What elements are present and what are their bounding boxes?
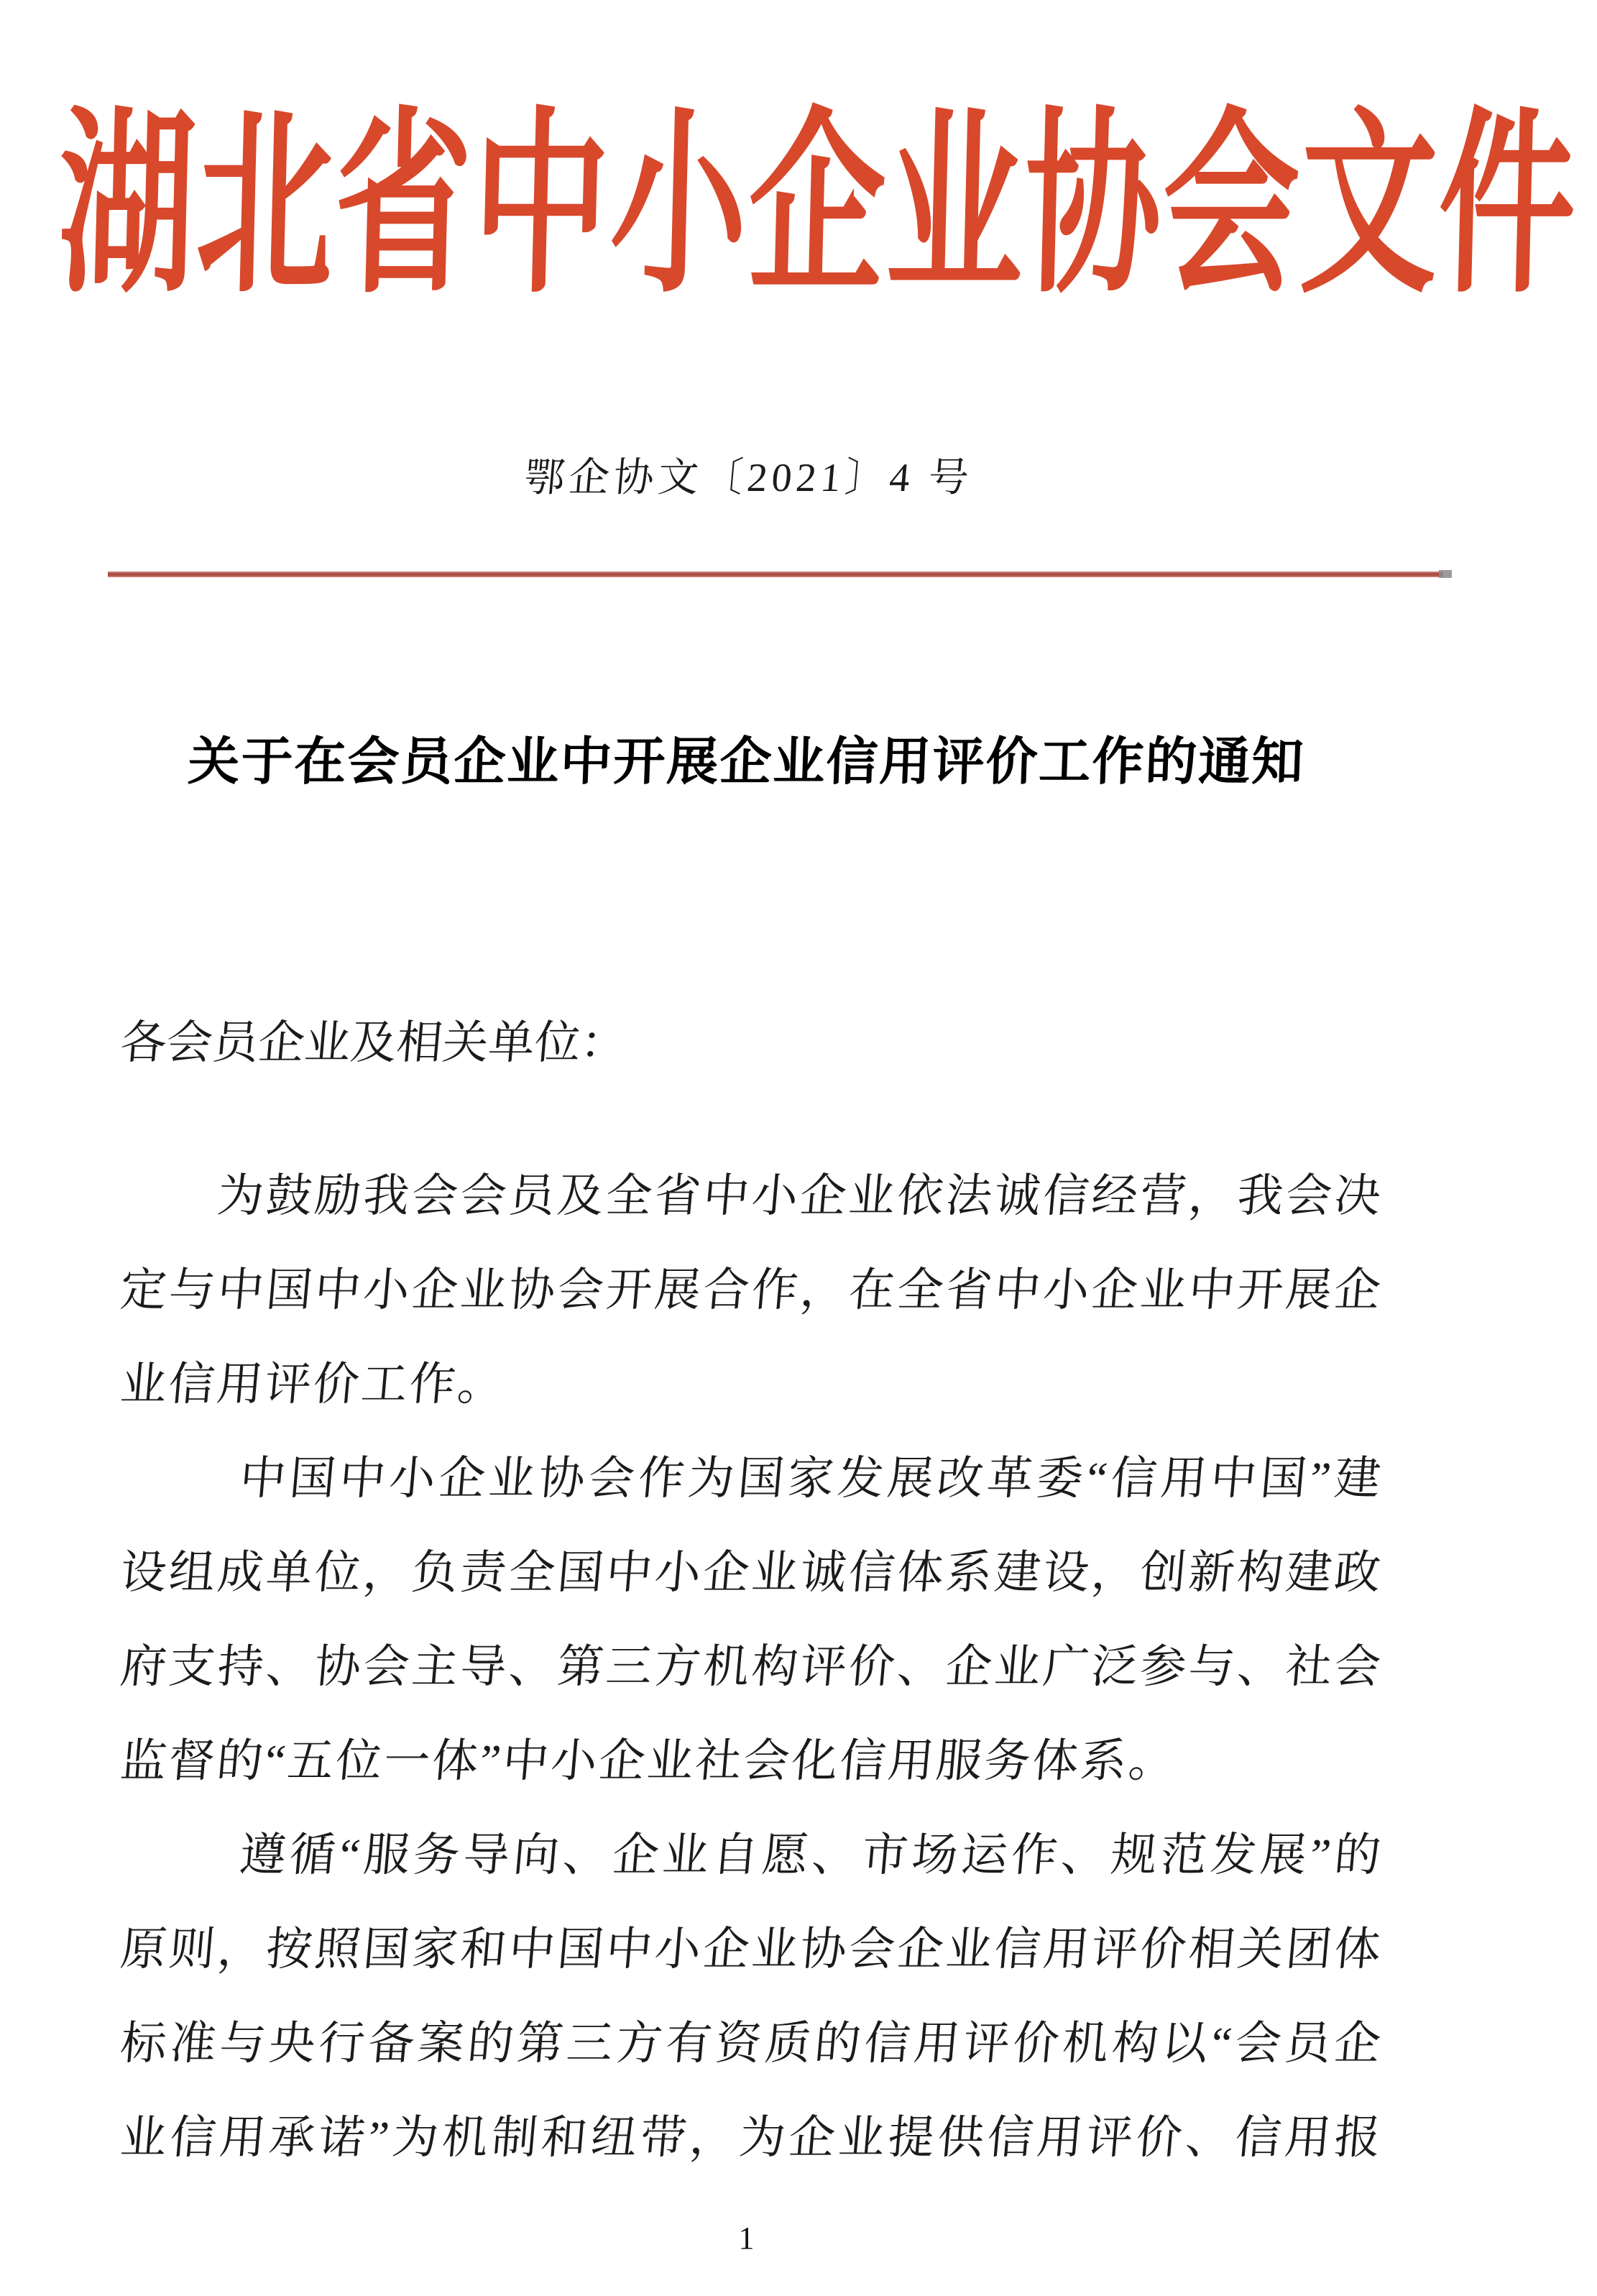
body-line: 中国中小企业协会作为国家发展改革委“信用中国”建 — [116, 1431, 1384, 1525]
notice-title: 关于在会员企业中开展企业信用评价工作的通知 — [115, 729, 1377, 795]
body-line: 定与中国中小企业协会开展合作，在全省中小企业中开展企 — [116, 1243, 1384, 1337]
document-number: 鄂企协文〔2021〕4 号 — [116, 451, 1381, 505]
body-line: 府支持、协会主导、第三方机构评价、企业广泛参与、社会 — [116, 1620, 1384, 1714]
body-line: 设组成单位，负责全国中小企业诚信体系建设，创新构建政 — [116, 1525, 1384, 1620]
body-line: 遵循“服务导向、企业自愿、市场运作、规范发展”的 — [116, 1808, 1384, 1902]
paragraph-3: 遵循“服务导向、企业自愿、市场运作、规范发展”的 原则，按照国家和中国中小企业协… — [116, 1808, 1376, 2185]
salutation-line: 各会员企业及相关单位： — [116, 996, 1384, 1090]
agency-masthead-title: 湖北省中小企业协会文件 — [56, 106, 1448, 310]
page-number: 1 — [116, 2220, 1376, 2257]
paragraph-1: 为鼓励我会会员及全省中小企业依法诚信经营，我会决 定与中国中小企业协会开展合作，… — [116, 1149, 1376, 1431]
body-line: 业信用承诺”为机制和纽带，为企业提供信用评价、信用报 — [116, 2090, 1384, 2185]
body-line: 为鼓励我会会员及全省中小企业依法诚信经营，我会决 — [116, 1149, 1384, 1243]
notice-body: 各会员企业及相关单位： 为鼓励我会会员及全省中小企业依法诚信经营，我会决 定与中… — [116, 996, 1376, 2185]
body-line: 监督的“五位一体”中小企业社会化信用服务体系。 — [116, 1714, 1384, 1808]
body-line: 原则，按照国家和中国中小企业协会企业信用评价相关团体 — [116, 1902, 1384, 1996]
body-line: 标准与央行备案的第三方有资质的信用评价机构以“会员企 — [116, 1996, 1384, 2090]
red-divider-line — [108, 571, 1443, 577]
paragraph-2: 中国中小企业协会作为国家发展改革委“信用中国”建 设组成单位，负责全国中小企业诚… — [116, 1431, 1376, 1808]
document-page: 湖北省中小企业协会文件 鄂企协文〔2021〕4 号 关于在会员企业中开展企业信用… — [0, 0, 1597, 2296]
body-line: 业信用评价工作。 — [116, 1337, 1384, 1431]
